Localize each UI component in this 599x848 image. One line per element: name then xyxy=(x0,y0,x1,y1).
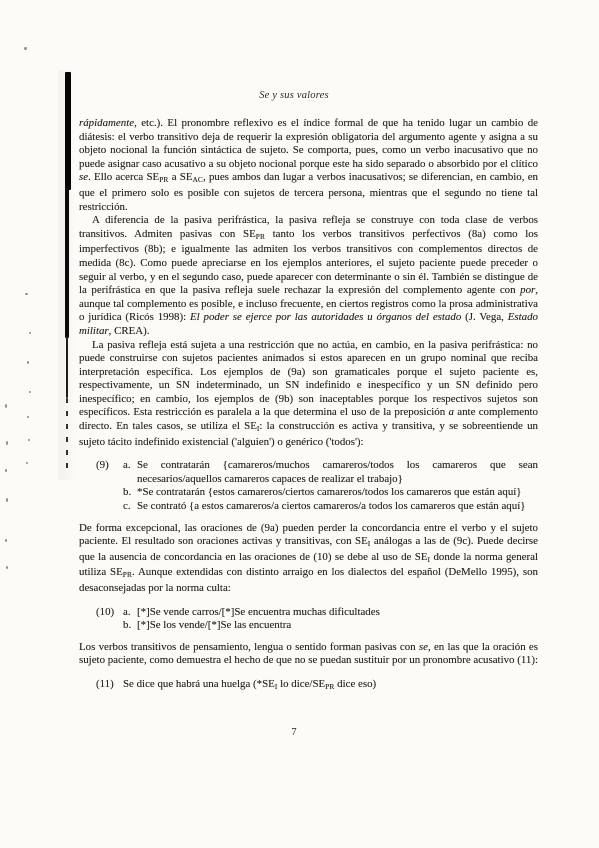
italic-text: rápidamente xyxy=(79,117,134,129)
text-run: (J. Vega, xyxy=(461,311,507,323)
text-run: *Se contratarán {estos camareros/ciertos… xyxy=(137,486,522,498)
italic-text: por xyxy=(520,284,535,296)
subscript-label: PR xyxy=(123,570,132,579)
scan-speck xyxy=(6,498,8,502)
scan-speck xyxy=(5,539,7,542)
example-text: Se dice que habrá una huelga (*SEI lo di… xyxy=(123,678,538,694)
example-letter: b. xyxy=(123,486,137,500)
scan-speck xyxy=(27,416,29,418)
example-text: [*]Se los vende/[*]Se las encuentra xyxy=(137,619,538,633)
scan-gutter-bar xyxy=(65,72,71,190)
scan-speck xyxy=(5,469,7,472)
paragraph: rápidamente, etc.). El pronombre reflexi… xyxy=(79,117,538,214)
text-run: [*]Se los vende/[*]Se las encuentra xyxy=(137,619,291,631)
italic-text: El poder se ejerce por las autoridades u… xyxy=(190,311,461,323)
scan-speck xyxy=(24,47,27,50)
paragraph: Los verbos transitivos de pensamiento, l… xyxy=(79,641,538,668)
italic-text: se xyxy=(419,641,428,653)
example-block: (11)Se dice que habrá una huelga (*SEI l… xyxy=(79,678,538,694)
example-item: a.[*]Se vende carros/[*]Se encuentra muc… xyxy=(123,606,538,620)
example-text: Se contratarán {camareros/muchos camarer… xyxy=(137,459,538,486)
italic-text: se xyxy=(79,171,88,183)
scan-speck xyxy=(29,391,31,393)
example-letter: a. xyxy=(123,459,137,486)
example-text: [*]Se vende carros/[*]Se encuentra mucha… xyxy=(137,606,538,620)
example-number: (9) xyxy=(96,459,123,513)
scan-speck xyxy=(28,439,30,441)
example-item: b.[*]Se los vende/[*]Se las encuentra xyxy=(123,619,538,633)
example-items: Se dice que habrá una huelga (*SEI lo di… xyxy=(123,678,538,694)
text-run: Se contratarán {camareros/muchos camarer… xyxy=(137,459,538,485)
example-items: a.Se contratarán {camareros/muchos camar… xyxy=(123,459,538,513)
paragraph: A diferencia de la pasiva perifrástica, … xyxy=(79,214,538,338)
text-run: lo dice/SE xyxy=(277,678,325,690)
page-number: 7 xyxy=(79,727,509,738)
text-run: Los verbos transitivos de pensamiento, l… xyxy=(79,641,419,653)
content-body: rápidamente, etc.). El pronombre reflexi… xyxy=(79,117,538,702)
text-run: . Ello acerca SE xyxy=(88,171,159,183)
text-run: , etc.). El pronombre reflexivo es el ín… xyxy=(79,117,538,170)
text-run: dice eso) xyxy=(334,678,376,690)
example-number: (10) xyxy=(96,606,123,633)
scan-gutter-bar-dashes xyxy=(66,398,68,472)
scan-speck xyxy=(6,566,8,569)
scan-speck xyxy=(5,404,7,408)
text-run: Se contrató {a estos camareros/a ciertos… xyxy=(137,500,525,512)
example-item: b.*Se contratarán {estos camareros/ciert… xyxy=(123,486,538,500)
paragraph: La pasiva refleja está sujeta a una rest… xyxy=(79,339,538,450)
scan-gutter-bar xyxy=(65,188,69,338)
subscript-label: AC xyxy=(193,175,203,184)
example-item: a.Se contratarán {camareros/muchos camar… xyxy=(123,459,538,486)
text-run: a SE xyxy=(168,171,192,183)
scan-speck xyxy=(25,293,28,295)
text-run: , CREA). xyxy=(109,325,150,337)
running-header: Se y sus valores xyxy=(79,90,509,101)
example-block: (9)a.Se contratarán {camareros/muchos ca… xyxy=(79,459,538,513)
example-items: a.[*]Se vende carros/[*]Se encuentra muc… xyxy=(123,606,538,633)
scan-gutter-bar xyxy=(66,336,69,398)
paragraph: De forma excepcional, las oraciones de (… xyxy=(79,522,538,596)
subscript-label: PR xyxy=(256,232,265,241)
text-run: Se dice que habrá una huelga (*SE xyxy=(123,678,275,690)
scan-speck xyxy=(26,462,28,464)
scan-speck xyxy=(29,332,31,334)
example-text: *Se contratarán {estos camareros/ciertos… xyxy=(137,486,538,500)
document-page: Se y sus valores rápidamente, etc.). El … xyxy=(0,0,599,848)
scan-speck xyxy=(27,361,29,364)
example-item: c.Se contrató {a estos camareros/a ciert… xyxy=(123,500,538,514)
example-text: Se contrató {a estos camareros/a ciertos… xyxy=(137,500,538,514)
example-letter: a. xyxy=(123,606,137,620)
example-number: (11) xyxy=(96,678,123,694)
example-block: (10)a.[*]Se vende carros/[*]Se encuentra… xyxy=(79,606,538,633)
text-run: . Aunque extendidas con distinto arraigo… xyxy=(79,566,538,594)
example-item: Se dice que habrá una huelga (*SEI lo di… xyxy=(123,678,538,694)
text-run: [*]Se vende carros/[*]Se encuentra mucha… xyxy=(137,606,380,618)
example-letter: b. xyxy=(123,619,137,633)
scan-speck xyxy=(6,441,8,445)
example-letter: c. xyxy=(123,500,137,514)
